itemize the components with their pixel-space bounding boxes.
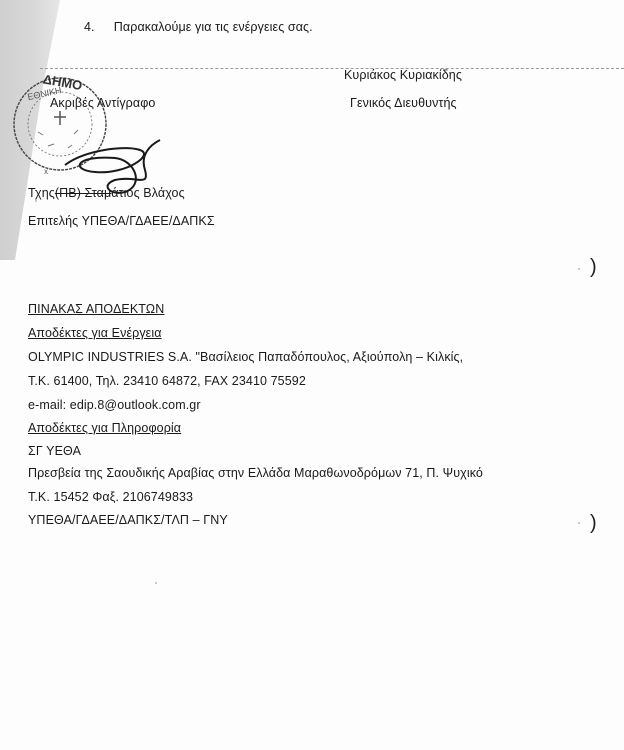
scan-speck bbox=[578, 268, 580, 270]
item-4: 4. Παρακαλούμε για τις ενέργειες σας. bbox=[84, 20, 313, 34]
clerk-role: Επιτελής ΥΠΕΘΑ/ΓΔΑΕΕ/ΔΑΠΚΣ bbox=[28, 214, 215, 228]
action-recipient-line: Τ.Κ. 61400, Τηλ. 23410 64872, FAX 23410 … bbox=[28, 374, 306, 388]
clerk-rank: Τχης bbox=[28, 186, 55, 200]
info-recipients-heading: Αποδέκτες για Πληροφορία bbox=[28, 421, 181, 435]
signatory-title: Γενικός Διευθυντής bbox=[350, 96, 457, 110]
scan-speck bbox=[155, 582, 157, 584]
clerk-struck-text: (ΠΒ) Σταμ bbox=[55, 186, 111, 200]
action-recipient-line: OLYMPIC INDUSTRIES S.A. "Βασίλειος Παπαδ… bbox=[28, 350, 463, 364]
document-page: 4. Παρακαλούμε για τις ενέργειες σας. ΔΗ… bbox=[0, 0, 624, 750]
scan-speck bbox=[578, 522, 580, 524]
certified-copy-label: Ακριβές Αντίγραφο bbox=[50, 96, 155, 110]
recipients-title: ΠΙΝΑΚΑΣ ΑΠΟΔΕΚΤΩΝ bbox=[28, 302, 164, 316]
clerk-name: Τχης(ΠΒ) Σταμάτιος Βλάχος bbox=[28, 186, 185, 200]
divider-line bbox=[40, 68, 624, 69]
scan-speck bbox=[35, 200, 37, 202]
svg-text:x: x bbox=[44, 167, 48, 176]
info-recipient-line: ΥΠΕΘΑ/ΓΔΑΕΕ/ΔΑΠΚΣ/ΤΛΠ – ΓΝΥ bbox=[28, 513, 228, 527]
signatory-name: Κυριάκος Κυριακίδης bbox=[344, 68, 462, 82]
info-recipient-line: Τ.Κ. 15452 Φαξ. 2106749833 bbox=[28, 490, 193, 504]
item-number: 4. bbox=[84, 20, 95, 34]
info-recipient-line: Πρεσβεία της Σαουδικής Αραβίας στην Ελλά… bbox=[28, 466, 483, 480]
punch-hole-mark-icon: ) bbox=[590, 256, 597, 279]
clerk-surname: άτιος Βλάχος bbox=[111, 186, 184, 200]
action-recipient-email: e-mail: edip.8@outlook.com.gr bbox=[28, 398, 201, 412]
punch-hole-mark-icon: ) bbox=[590, 512, 597, 535]
info-recipient-line: ΣΓ ΥΕΘΑ bbox=[28, 444, 81, 458]
action-recipients-heading: Αποδέκτες για Ενέργεια bbox=[28, 326, 162, 340]
item-text: Παρακαλούμε για τις ενέργειες σας. bbox=[114, 20, 313, 34]
